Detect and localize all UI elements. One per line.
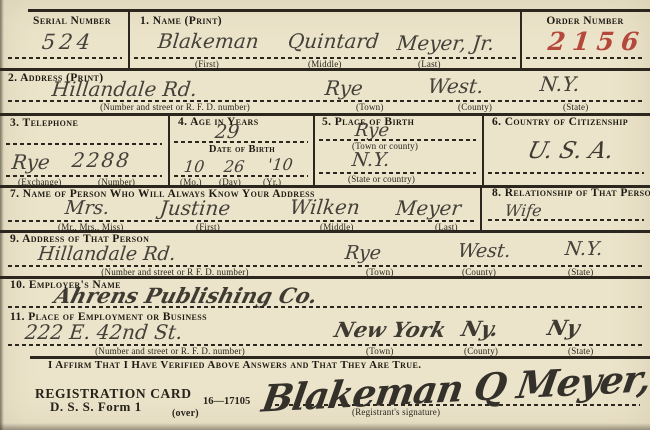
name-last-caption: (Last): [418, 59, 441, 69]
dob-year-caption: (Yr.): [263, 177, 281, 187]
contact-address-town-caption: (Town): [366, 267, 394, 277]
age-rule: [174, 141, 308, 143]
address-county-value: West.: [427, 74, 485, 98]
contact-first-caption: (First): [196, 222, 220, 232]
address-street-caption: (Number and street or R. F. D. number): [55, 102, 295, 112]
registration-card: Serial Number 524 1. Name (Print) Blakem…: [0, 0, 650, 430]
employment-state-caption: (State): [568, 346, 593, 356]
relationship-label: 8. Relationship of That Person: [492, 187, 650, 200]
employment-town-caption: (Town): [366, 346, 394, 356]
relationship-rule: [488, 219, 644, 221]
divider-birth-citizenship: [482, 114, 484, 186]
telephone-number-value: 2288: [71, 148, 132, 172]
employment-county-caption: (County): [464, 346, 498, 356]
contact-middle-caption: (Middle): [320, 222, 354, 232]
address-state-value: N.Y.: [539, 72, 581, 96]
birth-state-caption: (State or country): [348, 174, 415, 184]
relationship-value: Wife: [504, 201, 543, 220]
telephone-exchange-value: Rye: [11, 150, 51, 174]
form-name: D. S. S. Form 1: [50, 399, 142, 415]
citizenship-label: 6. Country of Citizenship: [492, 116, 644, 129]
contact-address-street-value: Hillandale Rd.: [37, 243, 177, 265]
age-value: 29: [214, 121, 240, 143]
divider-contact-relationship: [480, 186, 482, 231]
employer-rule: [8, 306, 644, 308]
telephone-exchange-caption: (Exchange): [18, 177, 61, 187]
employment-state-value: Ny: [545, 315, 583, 340]
contact-address-state-caption: (State): [568, 267, 593, 277]
citizenship-value: U. S. A.: [525, 138, 617, 164]
divider-tel-age: [168, 114, 170, 186]
telephone-label: 3. Telephone: [10, 117, 78, 130]
telephone-number-caption: (Number): [98, 177, 135, 187]
divider-serial-name: [128, 10, 130, 69]
contact-address-state-value: N.Y.: [564, 238, 604, 260]
name-middle-value: Quintard: [287, 29, 380, 53]
serial-rule: [8, 57, 122, 59]
address-town-value: Rye: [324, 76, 364, 100]
contact-address-street-caption: (Number and street or R F. D. number): [55, 267, 295, 277]
contact-title-caption: (Mr., Mrs., Miss): [58, 222, 123, 232]
employment-street-value: 222 E. 42nd St.: [24, 320, 184, 344]
divider-top: [28, 9, 650, 12]
over-caption: (over): [172, 408, 199, 419]
divider-age-birth: [313, 114, 315, 186]
affirmation-statement: I Affirm That I Have Verified Above Answ…: [48, 359, 421, 372]
name-first-value: Blakeman: [157, 29, 260, 53]
order-number-value: 2156: [546, 27, 647, 56]
contact-last-caption: (Last): [435, 222, 458, 232]
dob-month-value: 10: [183, 157, 205, 176]
contact-address-county-value: West.: [457, 240, 512, 262]
dob-year-value: '10: [267, 155, 294, 174]
contact-middle-value: Wilken: [289, 195, 361, 219]
birth-town-value: Rye: [354, 120, 390, 141]
name-label: 1. Name (Print): [140, 15, 222, 28]
order-rule: [526, 57, 644, 59]
name-first-caption: (First): [195, 59, 219, 69]
employer-value: Ahrens Publishing Co.: [52, 283, 320, 308]
contact-last-value: Meyer: [395, 196, 463, 220]
name-middle-caption: (Middle): [308, 59, 342, 69]
employment-street-caption: (Number and street or R. F. D. number): [50, 346, 290, 356]
serial-number-value: 524: [41, 30, 96, 54]
contact-address-county-caption: (County): [462, 267, 496, 277]
telephone-rule-1: [6, 143, 162, 145]
contact-address-town-value: Rye: [344, 242, 382, 264]
serial-number-label: Serial Number: [20, 15, 124, 28]
print-code: 16—17105: [203, 396, 250, 407]
dob-day-caption: (Day): [219, 177, 241, 187]
employment-county-value: Ny.: [459, 316, 502, 341]
address-state-caption: (State): [563, 102, 588, 112]
name-last-value: Meyer, Jr.: [396, 31, 496, 55]
address-county-caption: (County): [458, 102, 492, 112]
employment-town-value: New York: [332, 317, 449, 342]
address-street-value: Hillandale Rd.: [51, 77, 199, 101]
address-town-caption: (Town): [356, 102, 384, 112]
birth-state-value: N.Y.: [351, 149, 391, 171]
dob-month-caption: (Mo.): [180, 177, 202, 187]
dob-day-value: 26: [223, 157, 245, 176]
contact-title-value: Mrs.: [64, 197, 111, 219]
divider-name-order: [520, 10, 522, 69]
contact-first-value: Justine: [159, 196, 232, 220]
citizenship-rule: [488, 172, 644, 174]
